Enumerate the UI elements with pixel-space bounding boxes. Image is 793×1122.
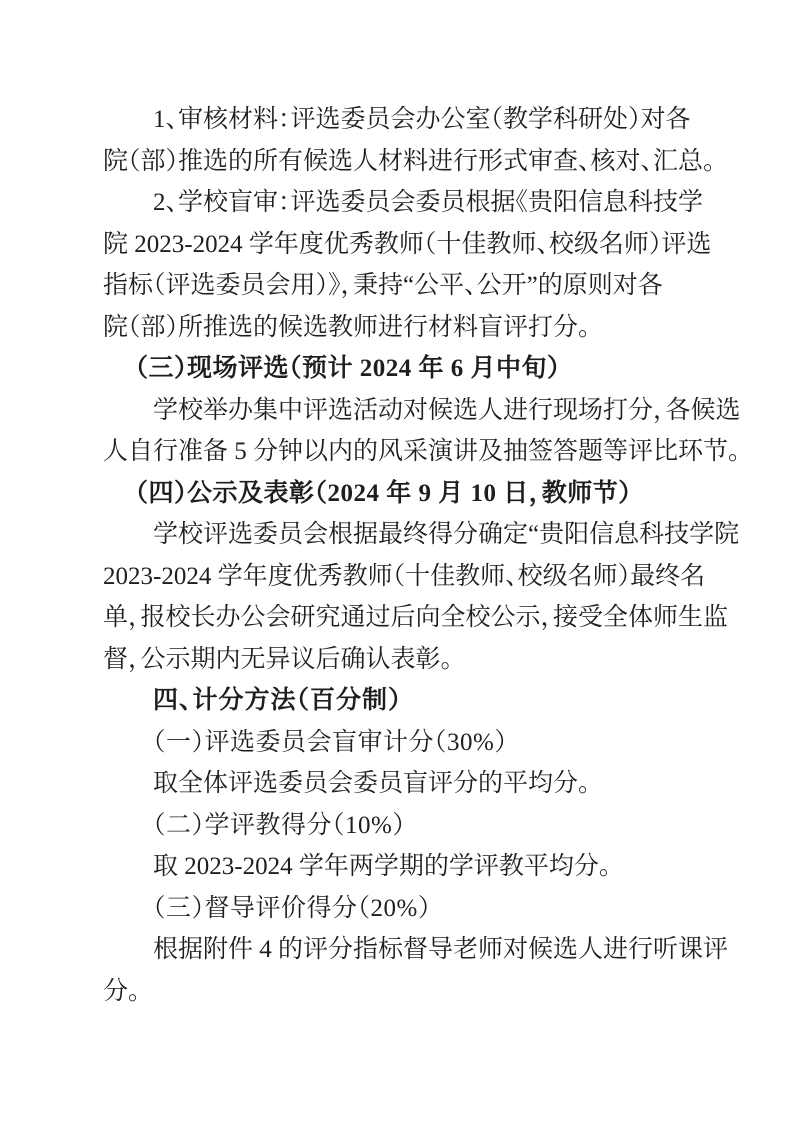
paragraph-line: 2023-2024 学年度优秀教师（十佳教师、校级名师）最终名 [103, 556, 688, 598]
paragraph-line: 单，报校长办公会研究通过后向全校公示，接受全体师生监 [103, 597, 688, 639]
paragraph-line: 2、学校盲审：评选委员会委员根据《贵阳信息科技学 [103, 182, 688, 224]
paragraph-line: 督，公示期内无异议后确认表彰。 [103, 639, 688, 681]
paragraph-line: 分。 [103, 971, 688, 1013]
section-heading-announcement: （四）公示及表彰（2024 年 9 月 10 日，教师节） [103, 473, 688, 515]
paragraph-line: 取 2023-2024 学年两学期的学评教平均分。 [103, 846, 688, 888]
paragraph-line: 院 2023-2024 学年度优秀教师（十佳教师、校级名师）评选 [103, 224, 688, 266]
paragraph-line: 人自行准备 5 分钟以内的风采演讲及抽签答题等评比环节。 [103, 431, 688, 473]
paragraph-line: 取全体评选委员会委员盲评分的平均分。 [103, 763, 688, 805]
paragraph-line: 院（部）所推选的候选教师进行材料盲评打分。 [103, 307, 688, 349]
subheading-supervisor-eval-score: （三）督导评价得分（20%） [103, 888, 688, 930]
subheading-student-eval-score: （二）学评教得分（10%） [103, 805, 688, 847]
section-heading-scoring-method: 四、计分方法（百分制） [103, 680, 688, 722]
paragraph-line: 学校评选委员会根据最终得分确定“贵阳信息科技学院 [103, 514, 688, 556]
document-body: 1、审核材料：评选委员会办公室（教学科研处）对各 院（部）推选的所有候选人材料进… [103, 99, 688, 1012]
subheading-blind-review-score: （一）评选委员会盲审计分（30%） [103, 722, 688, 764]
paragraph-line: 根据附件 4 的评分指标督导老师对候选人进行听课评 [103, 929, 688, 971]
paragraph-line: 学校举办集中评选活动对候选人进行现场打分，各候选 [103, 390, 688, 432]
paragraph-line: 1、审核材料：评选委员会办公室（教学科研处）对各 [103, 99, 688, 141]
section-heading-onsite-selection: （三）现场评选（预计 2024 年 6 月中旬） [103, 348, 688, 390]
paragraph-line: 院（部）推选的所有候选人材料进行形式审查、核对、汇总。 [103, 141, 688, 183]
paragraph-line: 指标（评选委员会用）》，秉持“公平、公开”的原则对各 [103, 265, 688, 307]
document-page: 1、审核材料：评选委员会办公室（教学科研处）对各 院（部）推选的所有候选人材料进… [0, 0, 793, 1122]
